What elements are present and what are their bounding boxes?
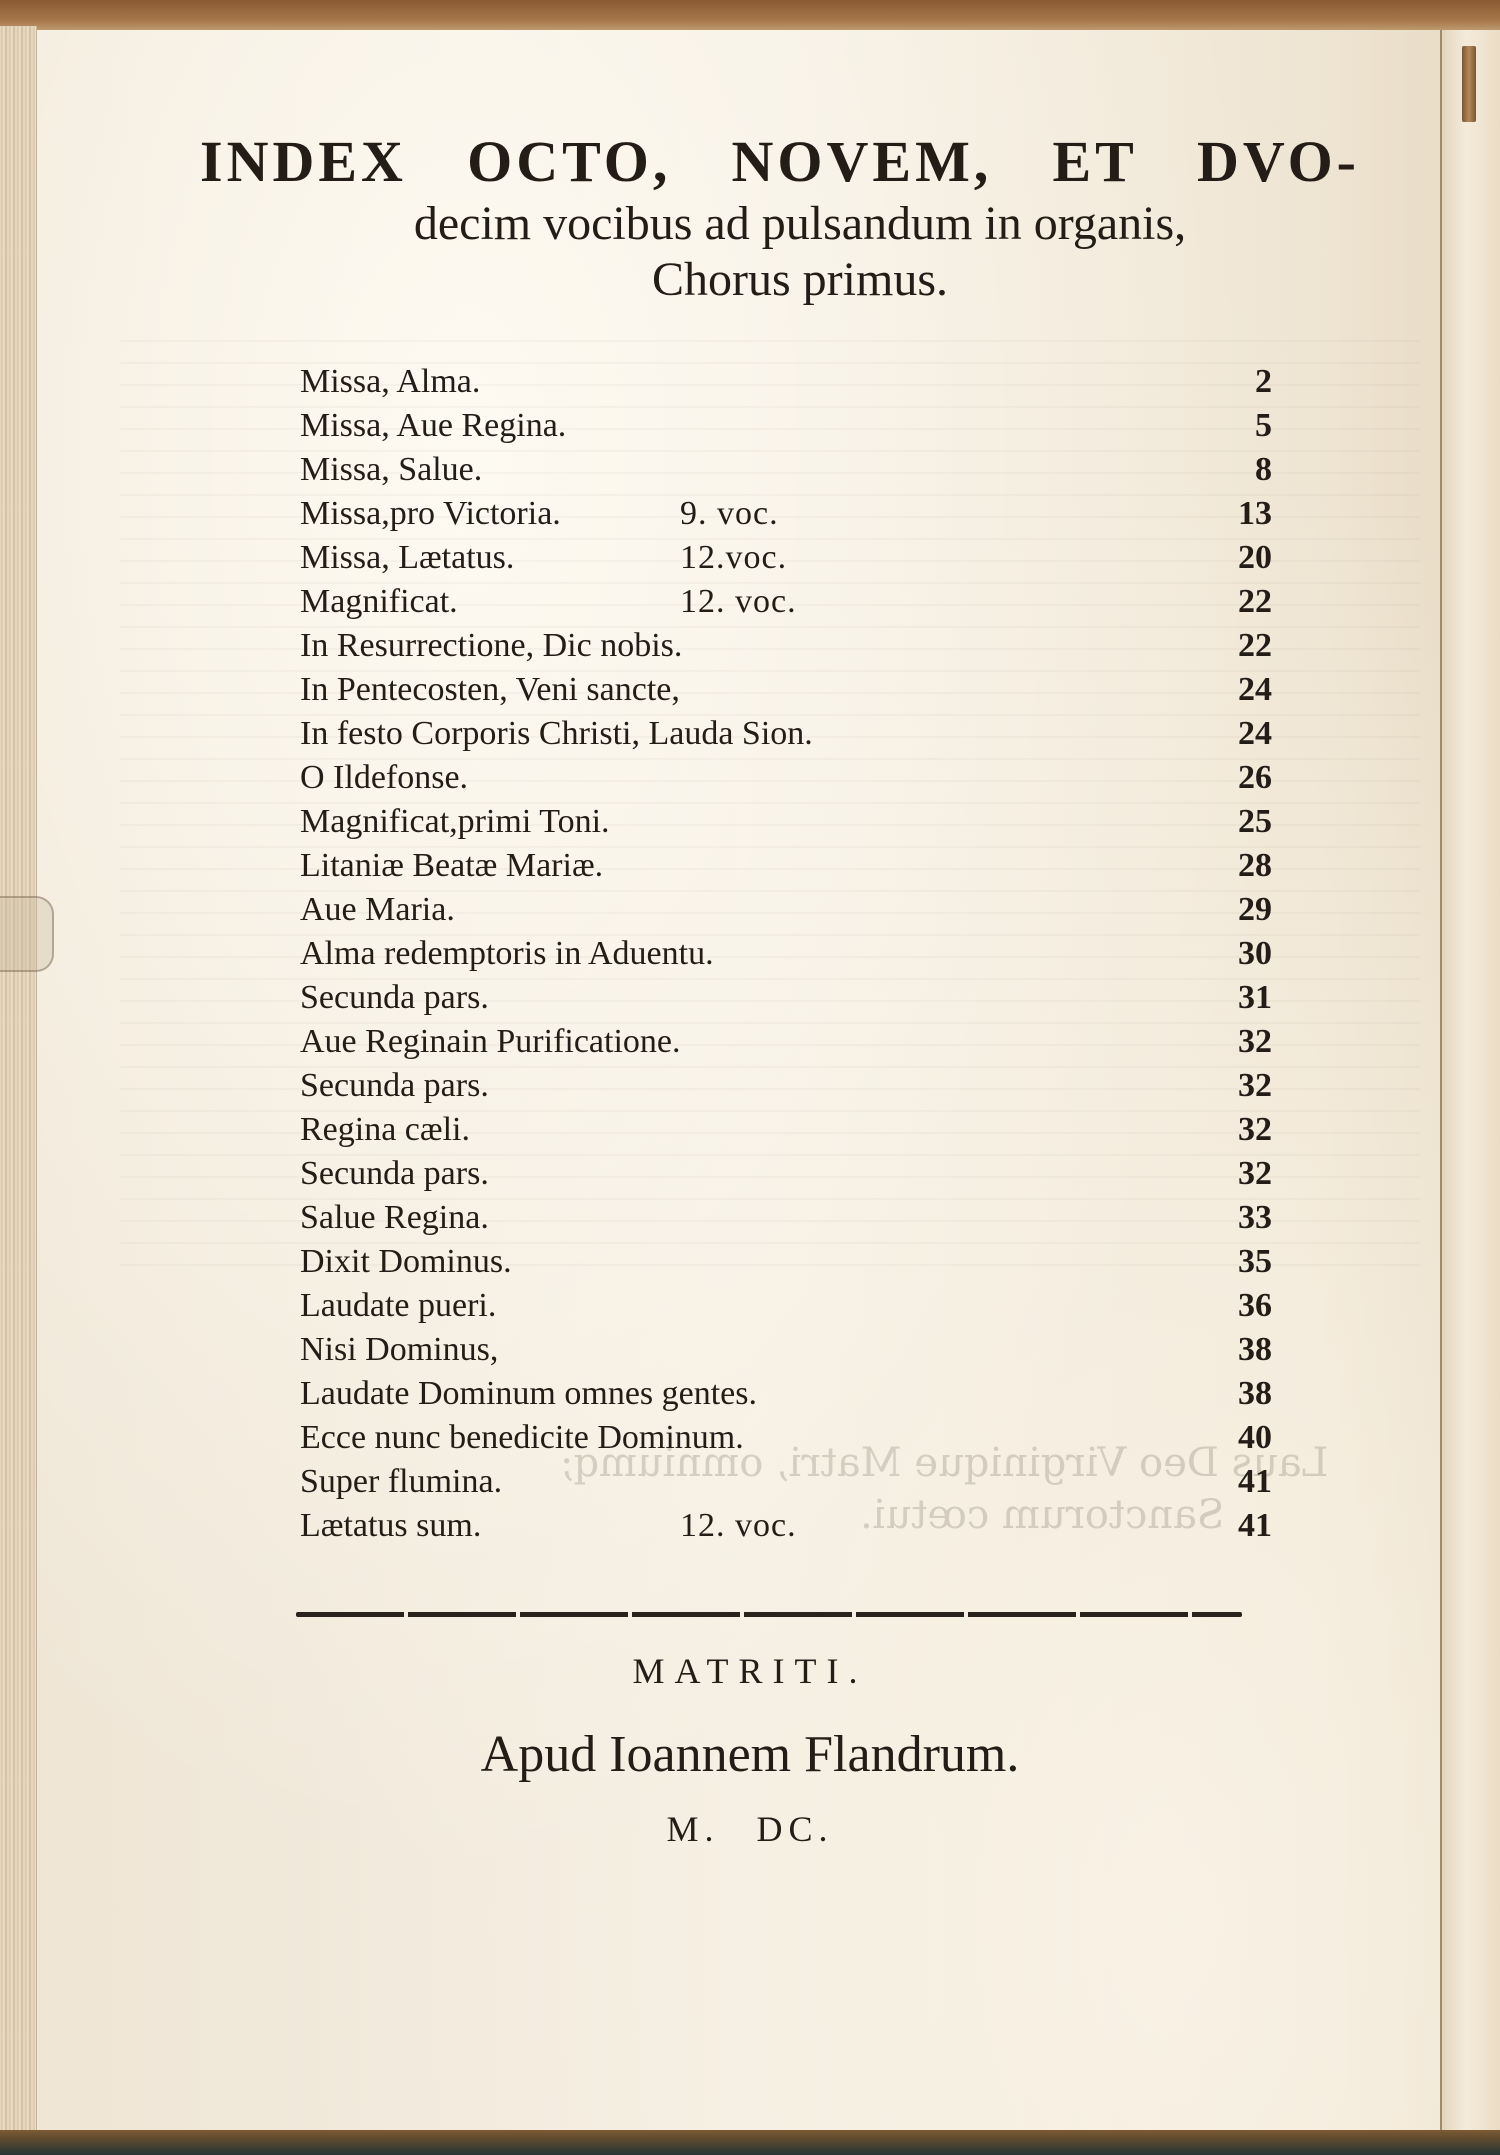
entry-title: Ecce nunc benedicite Dominum. <box>300 1416 744 1460</box>
index-entry: Salue Regina.33 <box>0 1196 1500 1240</box>
entry-page-number: 40 <box>1182 1416 1272 1460</box>
entry-page-number: 28 <box>1182 844 1272 888</box>
index-entry: Nisi Dominus,38 <box>0 1328 1500 1372</box>
entry-page-number: 24 <box>1182 668 1272 712</box>
entry-voices: 12.voc. <box>680 536 787 580</box>
entry-title: O Ildefonse. <box>300 756 468 800</box>
entry-page-number: 32 <box>1182 1020 1272 1064</box>
entry-title: In festo Corporis Christi, Lauda Sion. <box>300 712 813 756</box>
entry-title: Super flumina. <box>300 1460 502 1504</box>
entry-page-number: 41 <box>1182 1504 1272 1548</box>
entry-voices: 9. voc. <box>680 492 779 536</box>
entry-page-number: 38 <box>1182 1328 1272 1372</box>
index-entry: Missa, Salue.8 <box>0 448 1500 492</box>
entry-page-number: 35 <box>1182 1240 1272 1284</box>
imprint-printer: Apud Ioannem Flandrum. <box>210 1725 1290 1784</box>
index-entry: Missa, Aue Regina.5 <box>0 404 1500 448</box>
index-entry: In Pentecosten, Veni sancte,24 <box>0 668 1500 712</box>
index-entry: Laudate Dominum omnes gentes.38 <box>0 1372 1500 1416</box>
index-entry: Secunda pars.32 <box>0 1152 1500 1196</box>
entry-title: Regina cæli. <box>300 1108 470 1152</box>
index-entry: Dixit Dominus.35 <box>0 1240 1500 1284</box>
entry-page-number: 32 <box>1182 1152 1272 1196</box>
entry-title: Missa, Lætatus. <box>300 536 514 580</box>
entry-page-number: 22 <box>1182 580 1272 624</box>
index-entry: Secunda pars.32 <box>0 1064 1500 1108</box>
book-board-top <box>0 0 1500 34</box>
imprint-city: MATRITI. <box>210 1650 1290 1692</box>
book-board-bottom <box>0 2130 1500 2155</box>
leather-tab-marker <box>1462 46 1476 122</box>
entry-voices: 12. voc. <box>680 580 797 624</box>
entry-title: Aue Maria. <box>300 888 455 932</box>
entry-title: Salue Regina. <box>300 1196 489 1240</box>
entry-page-number: 33 <box>1182 1196 1272 1240</box>
imprint-year: M. DC. <box>210 1808 1290 1850</box>
entry-title: Dixit Dominus. <box>300 1240 512 1284</box>
entry-page-number: 5 <box>1182 404 1272 448</box>
entry-page-number: 41 <box>1182 1460 1272 1504</box>
entry-title: In Resurrectione, Dic nobis. <box>300 624 682 668</box>
index-entry: Super flumina.41 <box>0 1460 1500 1504</box>
index-entry: Aue Maria.29 <box>0 888 1500 932</box>
index-entry: Litaniæ Beatæ Mariæ.28 <box>0 844 1500 888</box>
entry-page-number: 24 <box>1182 712 1272 756</box>
index-entry: Magnificat.12. voc.22 <box>0 580 1500 624</box>
index-entry: Laudate pueri.36 <box>0 1284 1500 1328</box>
index-entry: Missa, Lætatus.12.voc.20 <box>0 536 1500 580</box>
entry-page-number: 8 <box>1182 448 1272 492</box>
entry-title: Aue Reginain Purificatione. <box>300 1020 681 1064</box>
index-entry: Alma redemptoris in Aduentu.30 <box>0 932 1500 976</box>
entry-page-number: 36 <box>1182 1284 1272 1328</box>
entry-title: Missa, Salue. <box>300 448 482 492</box>
entry-title: Magnificat. <box>300 580 458 624</box>
entry-title: Secunda pars. <box>300 1064 489 1108</box>
entry-title: Laudate Dominum omnes gentes. <box>300 1372 757 1416</box>
separator-rule <box>296 1612 1242 1617</box>
entry-title: Laudate pueri. <box>300 1284 496 1328</box>
index-entry: O Ildefonse.26 <box>0 756 1500 800</box>
entry-page-number: 32 <box>1182 1064 1272 1108</box>
entry-page-number: 32 <box>1182 1108 1272 1152</box>
index-entry: Missa,pro Victoria.9. voc.13 <box>0 492 1500 536</box>
entry-title: Missa, Alma. <box>300 360 480 404</box>
entry-title: In Pentecosten, Veni sancte, <box>300 668 680 712</box>
entry-title: Magnificat,primi Toni. <box>300 800 610 844</box>
index-entry: Ecce nunc benedicite Dominum.40 <box>0 1416 1500 1460</box>
entry-page-number: 29 <box>1182 888 1272 932</box>
index-title-line-3: Chorus primus. <box>360 252 1240 307</box>
entry-title: Alma redemptoris in Aduentu. <box>300 932 714 976</box>
entry-page-number: 31 <box>1182 976 1272 1020</box>
index-entry: In festo Corporis Christi, Lauda Sion.24 <box>0 712 1500 756</box>
index-entry: Missa, Alma.2 <box>0 360 1500 404</box>
entry-page-number: 30 <box>1182 932 1272 976</box>
entry-title: Missa,pro Victoria. <box>300 492 561 536</box>
entry-page-number: 2 <box>1182 360 1272 404</box>
index-entry: In Resurrectione, Dic nobis.22 <box>0 624 1500 668</box>
index-title-line-1: INDEX OCTO, NOVEM, ET DVO- <box>200 128 1360 195</box>
entry-title: Missa, Aue Regina. <box>300 404 566 448</box>
index-entry: Aue Reginain Purificatione.32 <box>0 1020 1500 1064</box>
entry-title: Nisi Dominus, <box>300 1328 498 1372</box>
index-entry: Magnificat,primi Toni.25 <box>0 800 1500 844</box>
index-entry: Lætatus sum.12. voc.41 <box>0 1504 1500 1548</box>
entry-title: Lætatus sum. <box>300 1504 481 1548</box>
index-entry: Secunda pars.31 <box>0 976 1500 1020</box>
entry-page-number: 26 <box>1182 756 1272 800</box>
entry-title: Secunda pars. <box>300 976 489 1020</box>
index-entry: Regina cæli.32 <box>0 1108 1500 1152</box>
entry-page-number: 13 <box>1182 492 1272 536</box>
entry-page-number: 20 <box>1182 536 1272 580</box>
entry-page-number: 38 <box>1182 1372 1272 1416</box>
entry-title: Secunda pars. <box>300 1152 489 1196</box>
entry-voices: 12. voc. <box>680 1504 797 1548</box>
entry-title: Litaniæ Beatæ Mariæ. <box>300 844 603 888</box>
entry-page-number: 25 <box>1182 800 1272 844</box>
entry-page-number: 22 <box>1182 624 1272 668</box>
index-title-line-2: decim vocibus ad pulsandum in organis, <box>360 196 1240 251</box>
